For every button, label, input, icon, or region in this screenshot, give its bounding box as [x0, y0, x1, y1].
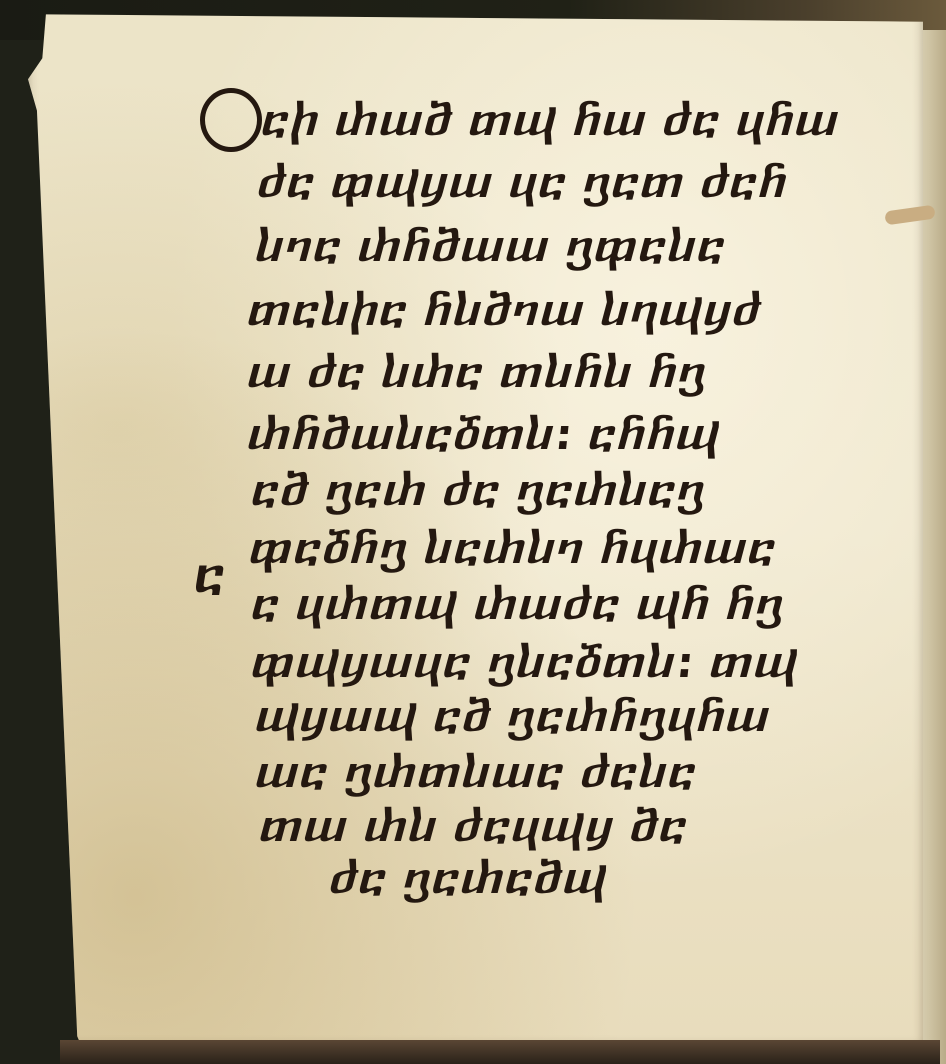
text-line-6: ⴐⴌⴋⴍⴑⴀⴃⴇⴑ: ⴀⴌⴌⴓ	[246, 414, 724, 456]
text-line-10: ⴔⴓⴘⴍⴗⴀ ⴂⴑⴀⴃⴇⴑ: ⴇⴓ	[250, 642, 801, 684]
text-line-13: ⴇⴍ ⴐⴑ ⴛⴀⴗⴓⴘ ⴋⴀ	[258, 806, 691, 848]
text-line-3: ⴑⴈⴀ ⴐⴌⴋⴍⴍ ⴂⴔⴀⴑⴀ	[254, 226, 729, 268]
text-line-12: ⴍⴀ ⴂⴐⴇⴑⴍⴀ ⴛⴀⴑⴀ	[254, 752, 700, 794]
text-line-14: ⴛⴀ ⴂⴀⴐⴀⴋⴓ	[328, 858, 611, 900]
text-line-11: ⴓⴘⴍⴓ ⴀⴋ ⴂⴀⴐⴌⴂⴗⴌⴍ	[254, 696, 774, 738]
text-line-5: ⴍ ⴛⴀ ⴑⴐⴀ ⴇⴑⴌⴑ ⴌⴂ	[246, 352, 710, 394]
text-line-7: ⴀⴋ ⴂⴀⴐ ⴛⴀ ⴂⴀⴐⴑⴀⴂ	[250, 470, 709, 512]
text-line-2: ⴛⴀ ⴔⴓⴘⴍ ⴗⴀ ⴂⴀⴇ ⴛⴀⴌ	[256, 162, 791, 204]
text-line-9: ⴀ ⴗⴐⴇⴓ ⴐⴍⴛⴀ ⴓⴌ ⴌⴂ	[250, 584, 787, 626]
marginal-mark: ⴀ	[194, 548, 226, 604]
text-line-8: ⴔⴀⴃⴌⴂ ⴑⴀⴐⴑⴈ ⴌⴗⴐⴍⴀ	[248, 528, 780, 570]
illuminated-initial	[200, 88, 262, 152]
text-line-1: ⴀⴙ ⴐⴍⴋ ⴇⴓ ⴌⴍ ⴛⴀ ⴗⴌⴍ	[260, 100, 842, 142]
text-line-4: ⴇⴀⴑⴙⴀ ⴌⴑⴋⴈⴍ ⴑⴄⴓⴘⴛ	[246, 290, 765, 332]
page-bottom-shadow	[60, 1040, 940, 1064]
